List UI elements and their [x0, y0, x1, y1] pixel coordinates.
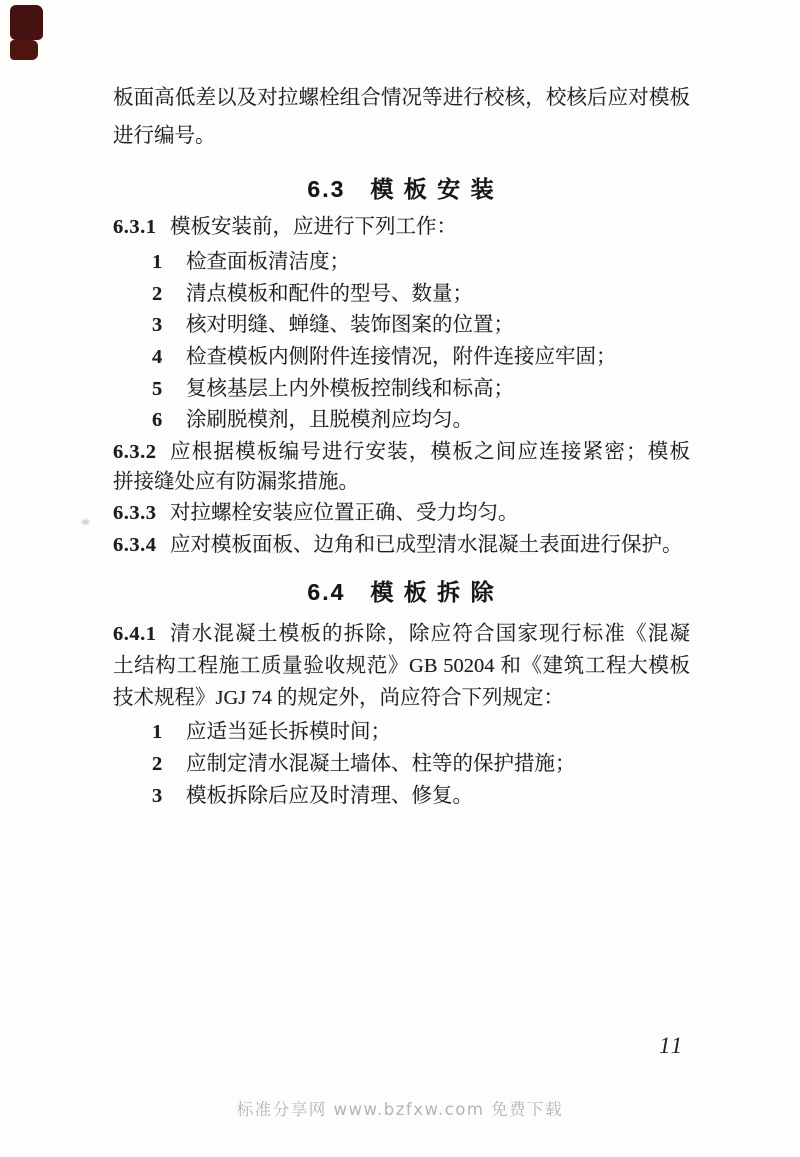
clause-6-3-1: 6.3.1 模板安装前，应进行下列工作： [113, 214, 690, 241]
clause-6-3-4: 6.3.4 应对模板面板、边角和已成型清水混凝土表面进行保护。 [113, 532, 690, 559]
item-number: 2 [152, 281, 186, 308]
section-6-4-heading: 6.4 模 板 拆 除 [113, 574, 690, 607]
item-text: 复核基层上内外模板控制线和标高； [186, 376, 514, 403]
item-number: 1 [152, 249, 186, 276]
clause-number: 6.3.3 [113, 500, 170, 527]
clause-text: 对拉螺栓安装应位置正确、受力均匀。 [170, 500, 690, 527]
clause-number: 6.3.1 [113, 214, 170, 241]
list-item-6-3-1-2: 2 清点模板和配件的型号、数量； [152, 281, 690, 308]
item-text: 清点模板和配件的型号、数量； [186, 281, 473, 308]
clause-6-4-1-line-2: 土结构工程施工质量验收规范》GB 50204 和《建筑工程大模板 [113, 653, 690, 680]
list-item-6-3-1-4: 4 检查模板内侧附件连接情况，附件连接应牢固； [152, 344, 690, 371]
list-item-6-3-1-1: 1 检查面板清洁度； [152, 249, 690, 276]
item-text: 模板拆除后应及时清理、修复。 [186, 783, 473, 810]
item-text: 涂刷脱模剂，且脱模剂应均匀。 [186, 407, 473, 434]
ink-stamp-mark-bottom [10, 40, 38, 60]
clause-text: 应对模板面板、边角和已成型清水混凝土表面进行保护。 [170, 532, 690, 559]
clause-text: 应根据模板编号进行安装，模板之间应连接紧密；模板 [170, 439, 690, 466]
clause-6-3-2-line-1: 6.3.2 应根据模板编号进行安装，模板之间应连接紧密；模板 [113, 439, 690, 466]
item-number: 5 [152, 376, 186, 403]
item-text: 检查面板清洁度； [186, 249, 350, 276]
list-item-6-3-1-6: 6 涂刷脱模剂，且脱模剂应均匀。 [152, 407, 690, 434]
item-number: 3 [152, 312, 186, 339]
clause-number: 6.3.4 [113, 532, 170, 559]
page-number: 11 [659, 1033, 684, 1059]
section-6-3-heading: 6.3 模 板 安 装 [113, 171, 690, 204]
item-text: 应制定清水混凝土墙体、柱等的保护措施； [186, 751, 576, 778]
intro-paragraph-line-2: 进行编号。 [113, 123, 690, 150]
clause-6-3-2-line-2: 拼接缝处应有防漏浆措施。 [113, 469, 690, 496]
intro-paragraph-line-1: 板面高低差以及对拉螺栓组合情况等进行校核，校核后应对模板 [113, 85, 690, 112]
list-item-6-3-1-5: 5 复核基层上内外模板控制线和标高； [152, 376, 690, 403]
list-item-6-4-1-2: 2 应制定清水混凝土墙体、柱等的保护措施； [152, 751, 690, 778]
item-number: 4 [152, 344, 186, 371]
clause-number: 6.4.1 [113, 621, 170, 648]
clause-number: 6.3.2 [113, 439, 170, 466]
scan-smudge-artifact [80, 518, 91, 526]
item-text: 核对明缝、蝉缝、装饰图案的位置； [186, 312, 514, 339]
item-number: 3 [152, 783, 186, 810]
clause-text: 模板安装前，应进行下列工作： [170, 214, 690, 241]
item-number: 1 [152, 719, 186, 746]
item-text: 检查模板内侧附件连接情况，附件连接应牢固； [186, 344, 617, 371]
list-item-6-4-1-1: 1 应适当延长拆模时间； [152, 719, 690, 746]
clause-6-4-1-line-3: 技术规程》JGJ 74 的规定外，尚应符合下列规定： [113, 685, 690, 712]
scanned-document-page: 板面高低差以及对拉螺栓组合情况等进行校核，校核后应对模板 进行编号。 6.3 模… [0, 0, 800, 1157]
clause-6-4-1-line-1: 6.4.1 清水混凝土模板的拆除，除应符合国家现行标准《混凝 [113, 621, 690, 648]
list-item-6-3-1-3: 3 核对明缝、蝉缝、装饰图案的位置； [152, 312, 690, 339]
item-number: 6 [152, 407, 186, 434]
list-item-6-4-1-3: 3 模板拆除后应及时清理、修复。 [152, 783, 690, 810]
ink-stamp-mark-top [10, 5, 43, 40]
clause-text: 清水混凝土模板的拆除，除应符合国家现行标准《混凝 [170, 621, 690, 648]
watermark-text: 标准分享网 www.bzfxw.com 免费下载 [0, 1096, 800, 1120]
item-text: 应适当延长拆模时间； [186, 719, 391, 746]
clause-6-3-3: 6.3.3 对拉螺栓安装应位置正确、受力均匀。 [113, 500, 690, 527]
item-number: 2 [152, 751, 186, 778]
